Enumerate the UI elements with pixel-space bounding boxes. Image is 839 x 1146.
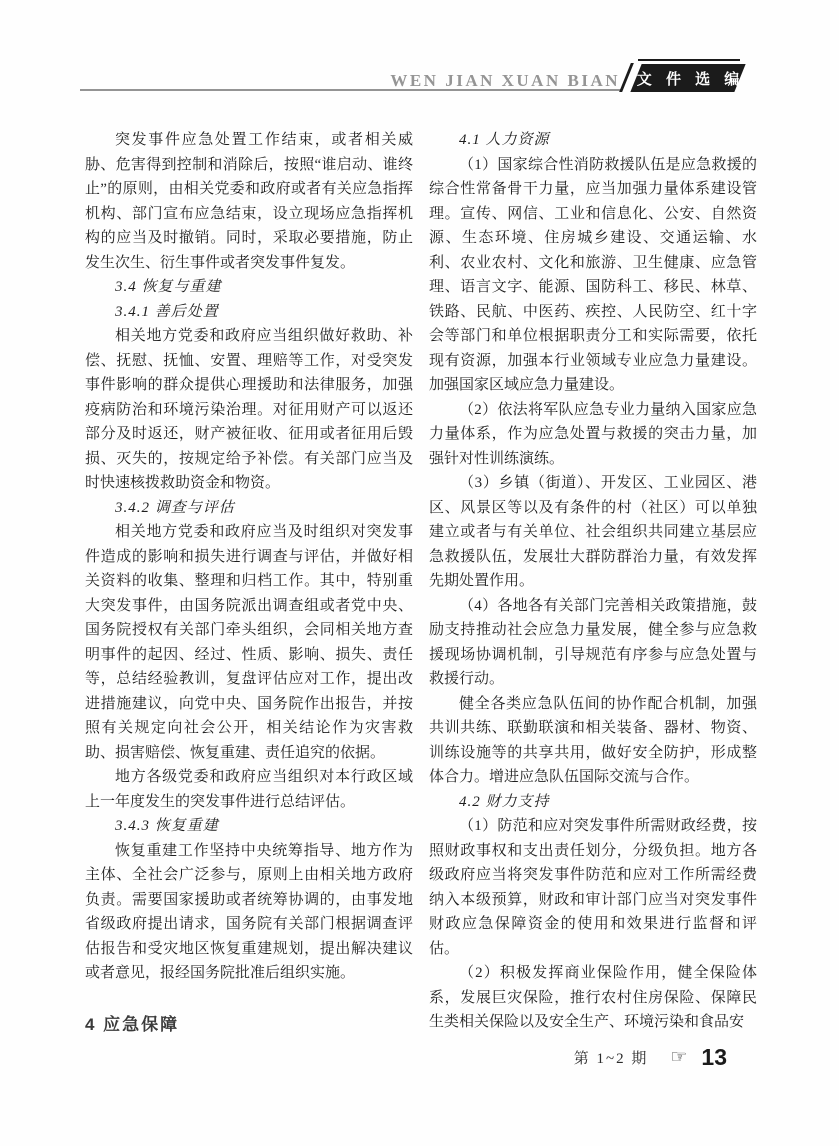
subsection-heading: 4.1 人力资源 <box>429 128 757 153</box>
paragraph: （2）依法将军队应急专业力量纳入国家应急力量体系，作为应急处置与救援的突击力量，… <box>429 398 757 472</box>
paragraph: 恢复重建工作坚持中央统筹指导、地方作为主体、全社会广泛参与，原则上由相关地方政府… <box>85 839 413 986</box>
section-tab: 文 件 选 编 <box>630 64 745 92</box>
subsection-heading: 3.4 恢复与重建 <box>85 275 413 300</box>
page-footer: 第 1~2 期 ☞ 13 <box>574 1044 727 1071</box>
header-tab-outline <box>638 59 740 61</box>
issue-label: 第 1~2 期 <box>574 1047 649 1068</box>
left-column: 突发事件应急处置工作结束，或者相关威胁、危害得到控制和消除后，按照“谁启动、谁终… <box>85 128 413 1037</box>
document-page: WEN JIAN XUAN BIAN 文 件 选 编 突发事件应急处置工作结束，… <box>0 0 839 1146</box>
paragraph: （4）各地各有关部门完善相关政策措施，鼓励支持推动社会应急力量发展，健全参与应急… <box>429 594 757 692</box>
paragraph: （2）积极发挥商业保险作用，健全保险体系，发展巨灾保险，推行农村住房保险、保障民… <box>429 961 757 1035</box>
subsection-heading: 3.4.2 调查与评估 <box>85 496 413 521</box>
paragraph: 相关地方党委和政府应当及时组织对突发事件造成的影响和损失进行调查与评估，并做好相… <box>85 520 413 765</box>
paragraph: 健全各类应急队伍间的协作配合机制，加强共训共练、联勤联演和相关装备、器材、物资、… <box>429 692 757 790</box>
subsection-heading: 3.4.3 恢复重建 <box>85 814 413 839</box>
subsection-heading: 4.2 财力支持 <box>429 790 757 815</box>
paragraph: 地方各级党委和政府应当组织对本行政区域上一年度发生的突发事件进行总结评估。 <box>85 765 413 814</box>
section-tab-label: 文 件 选 编 <box>632 68 745 89</box>
paragraph: （1）防范和应对突发事件所需财政经费，按照财政事权和支出责任划分，分级负担。地方… <box>429 814 757 961</box>
running-title-latin: WEN JIAN XUAN BIAN <box>0 71 620 91</box>
right-column: 4.1 人力资源（1）国家综合性消防救援队伍是应急救援的综合性常备骨干力量，应当… <box>429 128 757 1037</box>
paragraph: 相关地方党委和政府应当组织做好救助、补偿、抚慰、抚恤、安置、理赔等工作，对受突发… <box>85 324 413 496</box>
page-number: 13 <box>701 1044 727 1071</box>
section-heading: 4 应急保障 <box>85 1013 413 1038</box>
subsection-heading: 3.4.1 善后处置 <box>85 300 413 325</box>
paragraph: 突发事件应急处置工作结束，或者相关威胁、危害得到控制和消除后，按照“谁启动、谁终… <box>85 128 413 275</box>
pointing-hand-icon: ☞ <box>670 1046 687 1069</box>
paragraph: （3）乡镇（街道）、开发区、工业园区、港区、风景区等以及有条件的村（社区）可以单… <box>429 471 757 594</box>
page-body: 突发事件应急处置工作结束，或者相关威胁、危害得到控制和消除后，按照“谁启动、谁终… <box>85 128 757 1037</box>
paragraph: （1）国家综合性消防救援队伍是应急救援的综合性常备骨干力量，应当加强力量体系建设… <box>429 153 757 398</box>
header-rule <box>80 89 622 91</box>
